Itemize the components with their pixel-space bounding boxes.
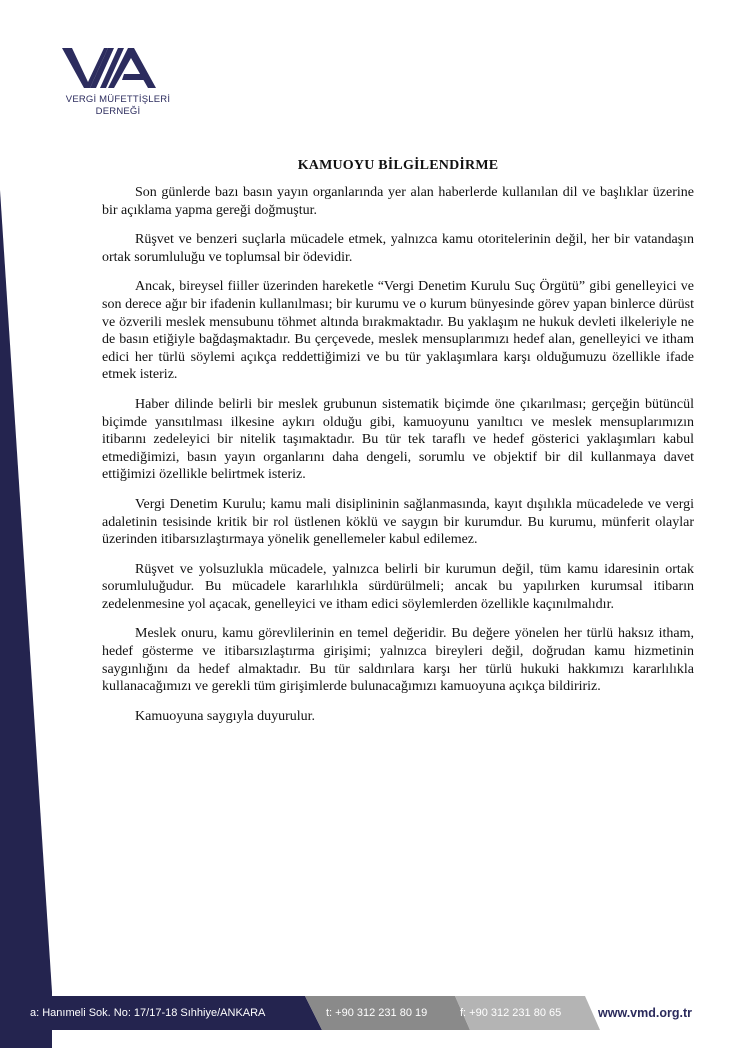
paragraph-2: Rüşvet ve benzeri suçlarla mücadele etme… [102,231,694,266]
organization-name-line1: VERGİ MÜFETTİŞLERİ [56,94,180,106]
document-body: KAMUOYU BİLGİLENDİRME Son günlerde bazı … [102,158,694,737]
paragraph-7: Meslek onuru, kamu görevlilerinin en tem… [102,625,694,695]
paragraph-6: Rüşvet ve yolsuzlukla mücadele, yalnızca… [102,561,694,614]
footer-fax: f: +90 312 231 80 65 [460,996,590,1030]
footer-address: a: Hanımeli Sok. No: 17/17-18 Sıhhiye/AN… [30,996,310,1030]
organization-name: VERGİ MÜFETTİŞLERİ DERNEĞİ [56,94,180,118]
footer-phone: t: +90 312 231 80 19 [326,996,466,1030]
paragraph-3: Ancak, bireysel fiiller üzerinden hareke… [102,278,694,384]
organization-name-line2: DERNEĞİ [56,106,180,118]
closing-line: Kamuoyuna saygıyla duyurulur. [102,708,694,726]
paragraph-4: Haber dilinde belirli bir meslek grubunu… [102,396,694,484]
footer: a: Hanımeli Sok. No: 17/17-18 Sıhhiye/AN… [0,996,750,1030]
paragraph-5: Vergi Denetim Kurulu; kamu mali disiplin… [102,496,694,549]
document-title: KAMUOYU BİLGİLENDİRME [102,158,694,174]
paragraph-1: Son günlerde bazı basın yayın organların… [102,184,694,219]
footer-website-link[interactable]: www.vmd.org.tr [598,996,738,1030]
